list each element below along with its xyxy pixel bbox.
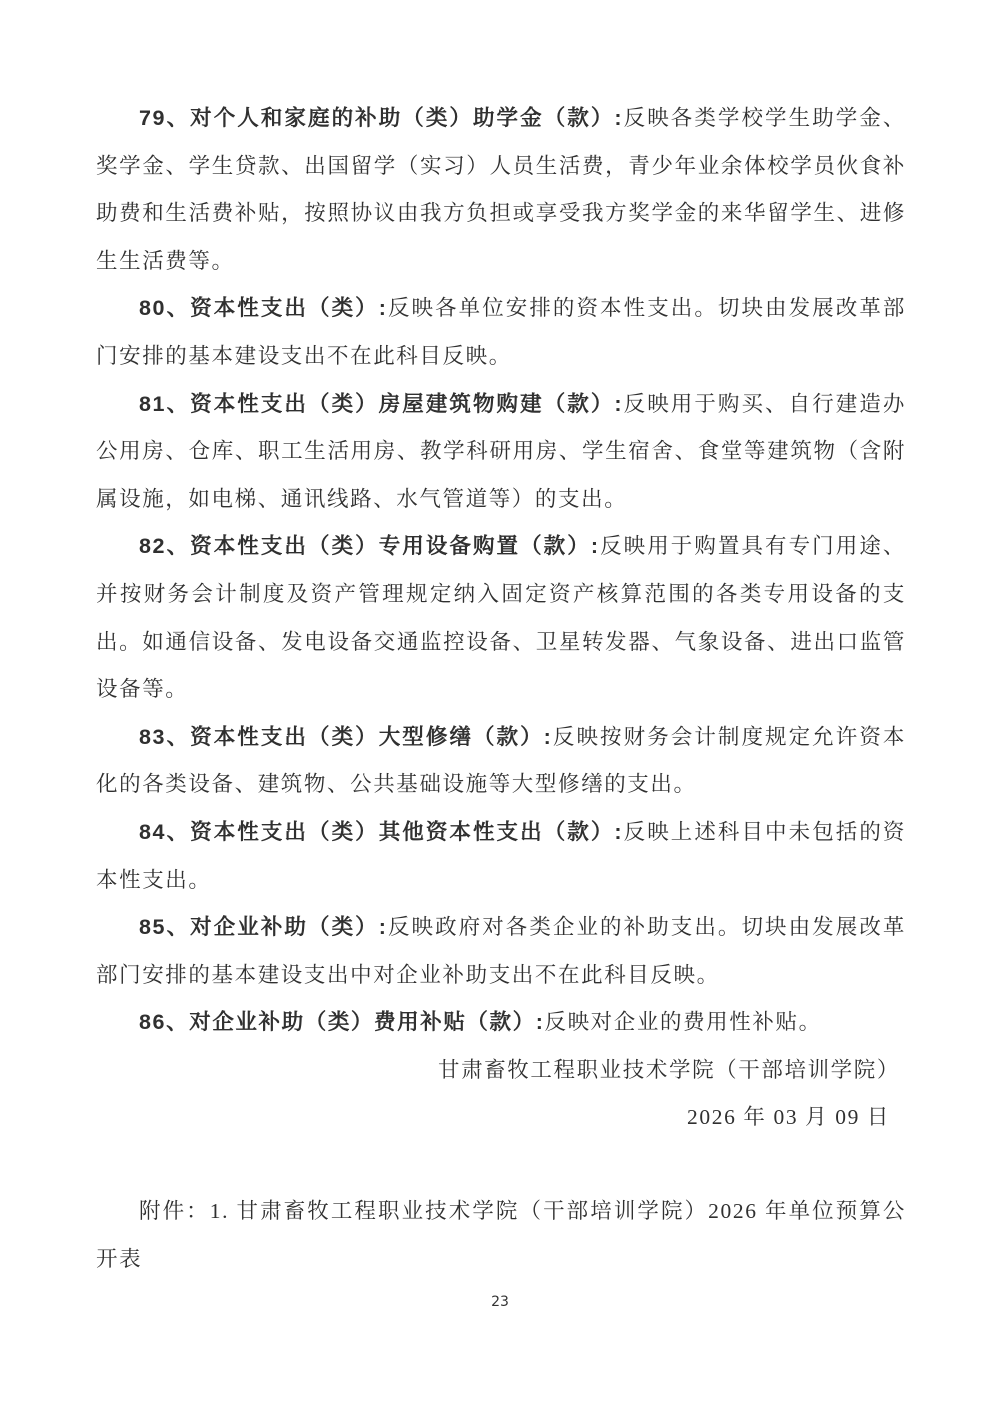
paragraph-79-text: 反映各类学校学生助学金、奖学金、学生贷款、出国留学（实习）人员生活费，青少年业余… <box>96 106 906 273</box>
document-body: 79、对个人和家庭的补助（类）助学金（款）:反映各类学校学生助学金、奖学金、学生… <box>96 95 906 1142</box>
paragraph-86-text: 反映对企业的费用性补贴。 <box>544 1010 821 1034</box>
signature-date: 2026 年 03 月 09 日 <box>96 1094 906 1142</box>
paragraph-82: 82、资本性支出（类）专用设备购置（款）:反映用于购置具有专门用途、并按财务会计… <box>96 523 906 713</box>
paragraph-84: 84、资本性支出（类）其他资本性支出（款）:反映上述科目中未包括的资本性支出。 <box>96 809 906 904</box>
paragraph-86: 86、对企业补助（类）费用补贴（款）:反映对企业的费用性补贴。 <box>96 999 906 1047</box>
paragraph-81-heading: 81、资本性支出（类）房屋建筑物购建（款）: <box>139 392 623 416</box>
attachment-note: 附件：1. 甘肃畜牧工程职业技术学院（干部培训学院）2026 年单位预算公开表 <box>96 1188 906 1283</box>
paragraph-80-heading: 80、资本性支出（类）: <box>139 296 387 320</box>
paragraph-86-heading: 86、对企业补助（类）费用补贴（款）: <box>139 1010 544 1034</box>
paragraph-83-heading: 83、资本性支出（类）大型修缮（款）: <box>139 725 552 749</box>
paragraph-85: 85、对企业补助（类）:反映政府对各类企业的补助支出。切块由发展改革部门安排的基… <box>96 904 906 999</box>
paragraph-79-heading: 79、对个人和家庭的补助（类）助学金（款）: <box>139 106 623 130</box>
paragraph-81: 81、资本性支出（类）房屋建筑物购建（款）:反映用于购买、自行建造办公用房、仓库… <box>96 381 906 524</box>
paragraph-82-text: 反映用于购置具有专门用途、并按财务会计制度及资产管理规定纳入固定资产核算范围的各… <box>96 534 906 701</box>
paragraph-82-heading: 82、资本性支出（类）专用设备购置（款）: <box>139 534 600 558</box>
paragraph-84-heading: 84、资本性支出（类）其他资本性支出（款）: <box>139 820 623 844</box>
page-number: 23 <box>0 1294 1000 1310</box>
signature-organization: 甘肃畜牧工程职业技术学院（干部培训学院） <box>96 1047 906 1095</box>
paragraph-80: 80、资本性支出（类）:反映各单位安排的资本性支出。切块由发展改革部门安排的基本… <box>96 285 906 380</box>
document-page: 79、对个人和家庭的补助（类）助学金（款）:反映各类学校学生助学金、奖学金、学生… <box>0 0 1000 1414</box>
paragraph-85-heading: 85、对企业补助（类）: <box>139 915 387 939</box>
paragraph-83: 83、资本性支出（类）大型修缮（款）:反映按财务会计制度规定允许资本化的各类设备… <box>96 714 906 809</box>
paragraph-79: 79、对个人和家庭的补助（类）助学金（款）:反映各类学校学生助学金、奖学金、学生… <box>96 95 906 285</box>
